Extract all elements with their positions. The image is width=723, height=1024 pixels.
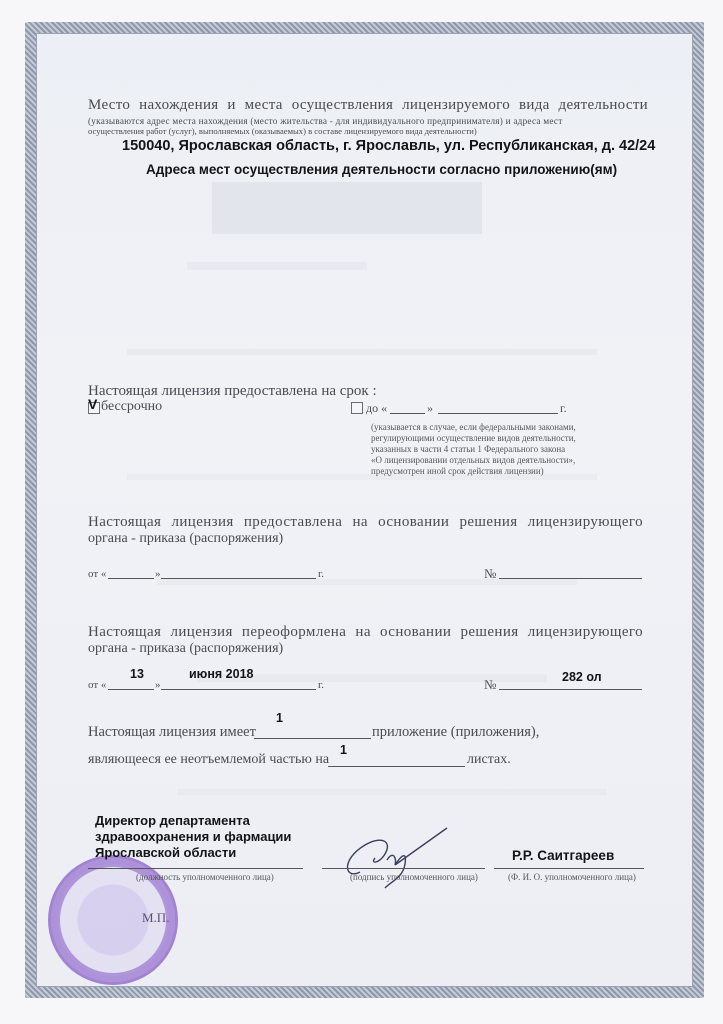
appendix-line2-suffix: листах.	[467, 752, 511, 768]
bleed-through-block	[212, 182, 482, 234]
checkbox-until[interactable]	[351, 402, 363, 414]
granted-month-line	[161, 578, 316, 579]
term-note-2: регулирующими осуществление видов деятел…	[371, 433, 576, 443]
name-line	[494, 868, 644, 869]
granted-from-mid: »	[155, 568, 161, 580]
appendix-count: 1	[276, 711, 283, 725]
position-caption: (должность уполномоченного лица)	[136, 872, 274, 882]
term-note-1: (указывается в случае, если федеральными…	[371, 422, 581, 432]
seal-label: М.П.	[142, 910, 169, 926]
term-note-4: «О лицензировании отдельных видов деятел…	[371, 455, 575, 465]
granted-from-prefix: от «	[88, 568, 106, 580]
reissued-year-suffix: г.	[318, 679, 324, 691]
reissued-line1-text: Настоящая лицензия переоформлена на осно…	[88, 624, 643, 641]
reissued-from-mid: »	[155, 679, 161, 691]
location-note-line2: осуществления работ (услуг), выполняемых…	[88, 126, 477, 136]
location-note-line1: (указываются адрес места нахождения (мес…	[88, 116, 648, 126]
signature-caption: (подпись уполномоченного лица)	[350, 872, 478, 882]
reissued-number: 282 ол	[562, 670, 602, 684]
until-suffix: г.	[560, 401, 567, 416]
reissued-number-prefix: №	[484, 677, 496, 693]
appendix-line1-suffix: приложение (приложения),	[372, 724, 539, 741]
term-note-3: указанных в части 4 статьи 1 Федеральног…	[371, 444, 565, 454]
reissued-line1: Настоящая лицензия переоформлена на осно…	[88, 624, 643, 641]
appendix-count-line	[254, 738, 371, 739]
location-heading-text: Место нахождения и места осуществления л…	[88, 97, 648, 114]
until-prefix: до «	[366, 401, 387, 416]
bleed-through-line	[177, 789, 607, 795]
reissued-day: 13	[130, 667, 144, 681]
granted-line1: Настоящая лицензия предоставлена на осно…	[88, 514, 643, 531]
granted-year-suffix: г.	[318, 568, 324, 580]
name-caption: (Ф. И. О. уполномоченного лица)	[508, 872, 636, 882]
label-indefinite: бессрочно	[101, 399, 162, 415]
until-day-line	[390, 413, 425, 414]
granted-line1-text: Настоящая лицензия предоставлена на осно…	[88, 514, 643, 531]
until-mid: »	[427, 401, 433, 416]
position-line-1: Директор департамента	[95, 813, 250, 828]
sheet-count-line	[328, 766, 465, 767]
reissued-month-line	[161, 689, 316, 690]
reissued-line2: органа - приказа (распоряжения)	[88, 641, 283, 657]
reissued-number-line	[499, 689, 642, 690]
appendix-line1-prefix: Настоящая лицензия имеет	[88, 724, 256, 741]
activity-places: Адреса мест осуществления деятельности с…	[146, 162, 617, 177]
signature-line	[322, 868, 485, 869]
until-month-line	[438, 413, 558, 414]
position-line-2: здравоохранения и фармации	[95, 829, 291, 844]
term-note-5: предусмотрен иной срок действия лицензии…	[371, 466, 544, 476]
signatory-name: Р.Р. Саитгареев	[512, 848, 614, 863]
check-mark: V	[88, 396, 97, 412]
granted-number-line	[499, 578, 642, 579]
reissued-month-year: июня 2018	[189, 667, 253, 681]
reissued-from-prefix: от «	[88, 679, 106, 691]
granted-line2: органа - приказа (распоряжения)	[88, 531, 283, 547]
license-address: 150040, Ярославская область, г. Ярославл…	[122, 138, 655, 154]
position-line-3: Ярославской области	[95, 845, 236, 860]
term-heading: Настоящая лицензия предоставлена на срок…	[88, 383, 377, 400]
position-line	[88, 868, 303, 869]
location-heading: Место нахождения и места осуществления л…	[88, 97, 648, 114]
reissued-day-line	[108, 689, 154, 690]
bleed-through-line	[157, 579, 577, 585]
bleed-through-line	[187, 262, 367, 270]
sheet-count: 1	[340, 743, 347, 757]
granted-day-line	[108, 578, 154, 579]
appendix-line2-prefix: являющееся ее неотъемлемой частью на	[88, 752, 329, 768]
granted-number-prefix: №	[484, 566, 496, 582]
bleed-through-line	[127, 349, 597, 355]
